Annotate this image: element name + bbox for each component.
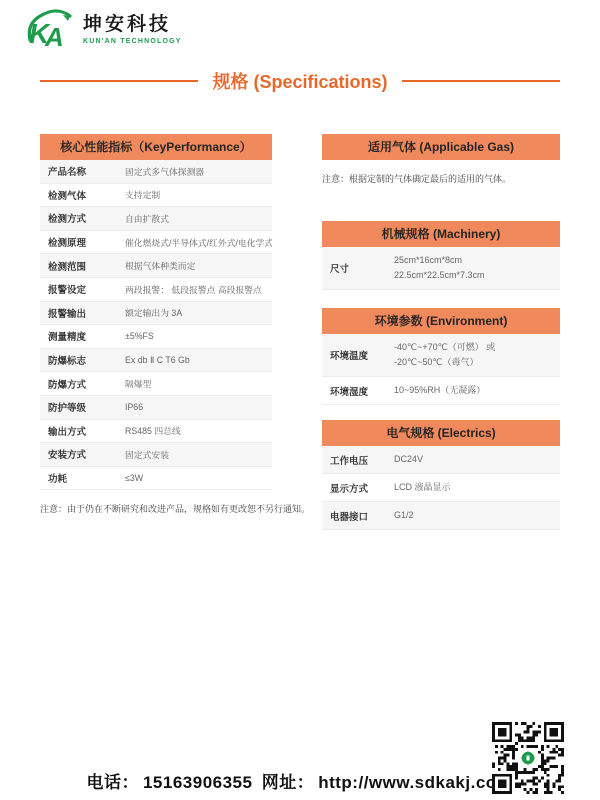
table-row: 电器接口 G1/2	[322, 502, 560, 530]
brand-name-en: KUN'AN TECHNOLOGY	[83, 38, 182, 45]
spec-label: 工作电压	[322, 453, 394, 467]
spec-value: 10~95%RH（无凝露）	[394, 383, 560, 398]
machinery-title: 机械规格 (Machinery)	[322, 221, 560, 247]
table-row: 环境温度 -40℃~+70℃（可燃） 或-20℃~50℃（毒气）	[322, 334, 560, 377]
applicable-gas-section: 适用气体 (Applicable Gas) 注意：根据定制的气体确定最后的适用的…	[322, 134, 560, 185]
page-title-row: 规格 (Specifications)	[0, 68, 600, 94]
spec-label: 报警设定	[40, 282, 125, 296]
spec-label: 显示方式	[322, 481, 394, 495]
table-row: 显示方式 LCD 液晶显示	[322, 474, 560, 502]
spec-label: 环境湿度	[322, 384, 394, 398]
spec-label: 产品名称	[40, 164, 125, 178]
table-row: 防护等级 IP66	[40, 396, 272, 420]
spec-sheet-page: K A 坤安科技 KUN'AN TECHNOLOGY 规格 (Specifica…	[0, 0, 600, 800]
key-performance-section: 核心性能指标（KeyPerformance） 产品名称 固定式多气体探测器 检测…	[40, 134, 272, 490]
spec-value: 固定式多气体探测器	[125, 165, 272, 178]
spec-value: G1/2	[394, 508, 560, 523]
spec-label: 防爆标志	[40, 353, 125, 367]
spec-value: Ex db Ⅱ C T6 Gb	[125, 355, 272, 366]
spec-label: 检测方式	[40, 211, 125, 225]
spec-value: 自由扩散式	[125, 212, 272, 225]
spec-value: RS485 四总线	[125, 424, 272, 437]
spec-label: 报警输出	[40, 306, 125, 320]
spec-value: DC24V	[394, 452, 560, 467]
spec-value: -40℃~+70℃（可燃） 或-20℃~50℃（毒气）	[394, 340, 560, 370]
spec-label: 检测范围	[40, 259, 125, 273]
table-row: 输出方式 RS485 四总线	[40, 420, 272, 444]
electrics-section: 电气规格 (Electrics) 工作电压 DC24V 显示方式 LCD 液晶显…	[322, 420, 560, 530]
environment-rows: 环境温度 -40℃~+70℃（可燃） 或-20℃~50℃（毒气） 环境湿度 10…	[322, 334, 560, 405]
spec-label: 检测原理	[40, 235, 125, 249]
applicable-gas-title: 适用气体 (Applicable Gas)	[322, 134, 560, 160]
spec-value: LCD 液晶显示	[394, 480, 560, 495]
spec-label: 检测气体	[40, 188, 125, 202]
electrics-title: 电气规格 (Electrics)	[322, 420, 560, 446]
site-label: 网址：	[262, 773, 315, 792]
spec-value: 催化燃烧式/半导体式/红外式/电化学式	[125, 236, 272, 249]
qr-code	[492, 722, 564, 794]
electrics-rows: 工作电压 DC24V 显示方式 LCD 液晶显示 电器接口 G1/2	[322, 446, 560, 530]
spec-value: 根据气体种类而定	[125, 259, 272, 272]
table-row: 尺寸 25cm*16cm*8cm22.5cm*22.5cm*7.3cm	[322, 247, 560, 290]
spec-label: 防爆方式	[40, 377, 125, 391]
spec-value: 隔爆型	[125, 377, 272, 390]
spec-label: 防护等级	[40, 400, 125, 414]
table-row: 防爆方式 隔爆型	[40, 372, 272, 396]
table-row: 防爆标志 Ex db Ⅱ C T6 Gb	[40, 349, 272, 373]
table-row: 功耗 ≤3W	[40, 467, 272, 491]
machinery-section: 机械规格 (Machinery) 尺寸 25cm*16cm*8cm22.5cm*…	[322, 221, 560, 290]
spec-label: 输出方式	[40, 424, 125, 438]
key-performance-rows: 产品名称 固定式多气体探测器 检测气体 支持定制 检测方式 自由扩散式 检测原理…	[40, 160, 272, 490]
spec-label: 环境温度	[322, 348, 394, 362]
machinery-rows: 尺寸 25cm*16cm*8cm22.5cm*22.5cm*7.3cm	[322, 247, 560, 290]
environment-title: 环境参数 (Environment)	[322, 308, 560, 334]
spec-value: ±5%FS	[125, 331, 272, 341]
brand-logo-icon: K A	[25, 8, 77, 50]
spec-label: 测量精度	[40, 329, 125, 343]
table-row: 环境湿度 10~95%RH（无凝露）	[322, 377, 560, 405]
key-performance-title: 核心性能指标（KeyPerformance）	[40, 134, 272, 160]
svg-text:A: A	[44, 22, 64, 50]
spec-label: 电器接口	[322, 509, 394, 523]
environment-section: 环境参数 (Environment) 环境温度 -40℃~+70℃（可燃） 或-…	[322, 308, 560, 405]
spec-value: 额定输出为 3A	[125, 306, 272, 319]
spec-value: ≤3W	[125, 473, 272, 483]
spec-value: 固定式安装	[125, 448, 272, 461]
table-row: 报警输出 额定输出为 3A	[40, 302, 272, 326]
title-rule-right	[402, 80, 560, 82]
table-row: 检测范围 根据气体种类而定	[40, 254, 272, 278]
spec-value: 25cm*16cm*8cm22.5cm*22.5cm*7.3cm	[394, 253, 560, 283]
table-row: 检测方式 自由扩散式	[40, 207, 272, 231]
table-row: 检测原理 催化燃烧式/半导体式/红外式/电化学式	[40, 231, 272, 255]
spec-label: 尺寸	[322, 261, 394, 275]
spec-value: IP66	[125, 402, 272, 412]
phone-number: 15163906355	[143, 773, 253, 792]
table-row: 报警设定 两段报警： 低段报警点 高段报警点	[40, 278, 272, 302]
spec-label: 安装方式	[40, 447, 125, 461]
page-title: 规格 (Specifications)	[212, 68, 387, 94]
phone-label: 电话：	[86, 773, 139, 792]
table-row: 产品名称 固定式多气体探测器	[40, 160, 272, 184]
table-row: 工作电压 DC24V	[322, 446, 560, 474]
table-row: 检测气体 支持定制	[40, 184, 272, 208]
spec-value: 两段报警： 低段报警点 高段报警点	[125, 283, 272, 296]
table-row: 测量精度 ±5%FS	[40, 325, 272, 349]
website-link[interactable]: http://www.sdkakj.com/	[318, 773, 517, 792]
spec-label: 功耗	[40, 471, 125, 485]
title-rule-left	[40, 80, 198, 82]
applicable-gas-note: 注意：根据定制的气体确定最后的适用的气体。	[322, 172, 560, 185]
table-row: 安装方式 固定式安装	[40, 443, 272, 467]
key-performance-note: 注意：由于仍在不断研究和改进产品，规格如有更改恕不另行通知。	[40, 502, 310, 515]
brand-header: K A 坤安科技 KUN'AN TECHNOLOGY	[25, 8, 182, 50]
spec-value: 支持定制	[125, 188, 272, 201]
brand-name: 坤安科技	[83, 14, 182, 36]
